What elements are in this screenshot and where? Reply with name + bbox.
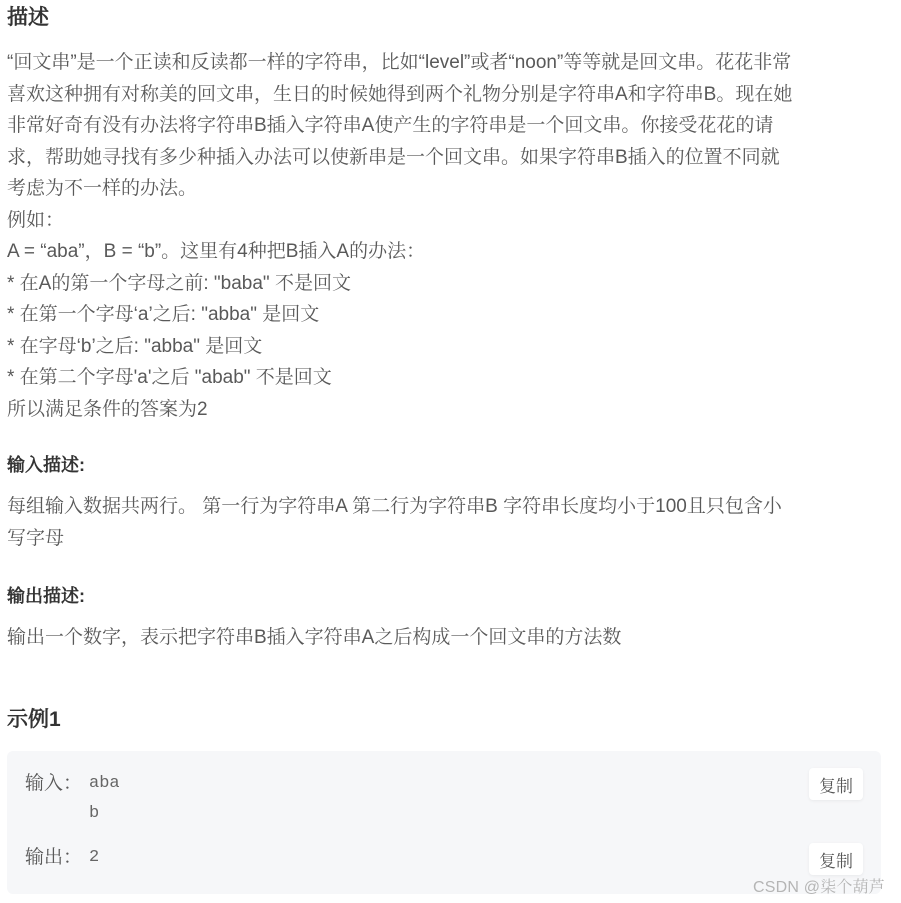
output-description-title: 输出描述: [7,582,85,610]
example-input-label: 输入： [25,769,89,829]
example-input-row: 输入： aba b [25,769,120,829]
description-line: 考虑为不一样的办法。 [7,173,882,205]
input-description-title: 输入描述: [7,451,85,479]
description-line: A = “aba”，B = “b”。这里有4种把B插入A的办法： [7,236,882,268]
input-description-line: 写字母 [7,523,882,555]
input-description-body: 每组输入数据共两行。 第一行为字符串A 第二行为字符串B 字符串长度均小于100… [7,491,882,554]
description-line: 求，帮助她寻找有多少种插入办法可以使新串是一个回文串。如果字符串B插入的位置不同… [7,142,882,174]
description-line: 喜欢这种拥有对称美的回文串，生日的时候她得到两个礼物分别是字符串A和字符串B。现… [7,79,882,111]
description-line: * 在第一个字母‘a’之后: "abba" 是回文 [7,299,882,331]
example-output-label: 输出： [25,843,89,873]
description-line: * 在A的第一个字母之前: "baba" 不是回文 [7,268,882,300]
example-input-value: aba b [89,769,120,829]
description-title: 描述 [7,3,49,33]
output-description-body: 输出一个数字，表示把字符串B插入字符串A之后构成一个回文串的方法数 [7,622,882,654]
description-body: “回文串”是一个正读和反读都一样的字符串，比如“level”或者“noon”等等… [7,47,882,425]
description-line: 所以满足条件的答案为2 [7,394,882,426]
description-line: “回文串”是一个正读和反读都一样的字符串，比如“level”或者“noon”等等… [7,47,882,79]
description-line: * 在字母‘b’之后: "abba" 是回文 [7,331,882,363]
copy-output-button[interactable]: 复制 [809,843,863,875]
example-title: 示例1 [7,705,61,735]
input-description-line: 每组输入数据共两行。 第一行为字符串A 第二行为字符串B 字符串长度均小于100… [7,491,882,523]
description-line: 非常好奇有没有办法将字符串B插入字符串A使产生的字符串是一个回文串。你接受花花的… [7,110,882,142]
example-box: 输入： aba b 复制 输出： 2 复制 [7,751,881,894]
description-line: 例如： [7,205,882,237]
copy-input-button[interactable]: 复制 [809,768,863,800]
watermark: CSDN @柒个葫芦 [753,874,885,897]
description-line: * 在第二个字母'a'之后 "abab" 不是回文 [7,362,882,394]
example-output-row: 输出： 2 [25,843,99,873]
output-description-line: 输出一个数字，表示把字符串B插入字符串A之后构成一个回文串的方法数 [7,622,882,654]
example-output-value: 2 [89,843,99,873]
